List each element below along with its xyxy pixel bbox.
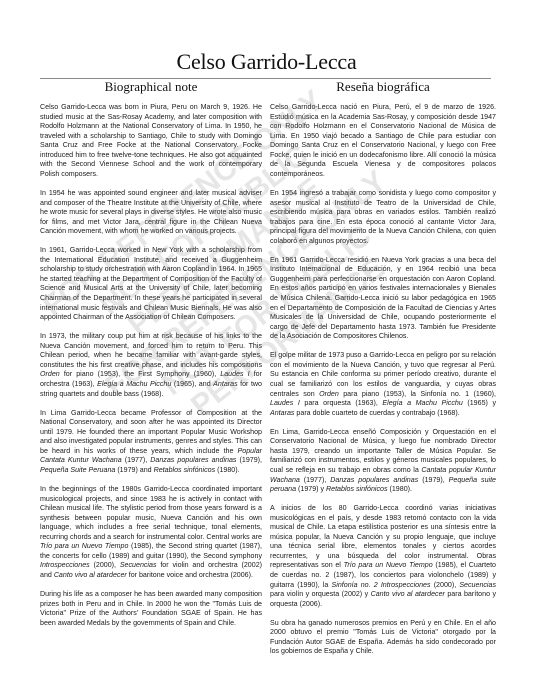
text-run: (2000), [431, 581, 460, 589]
work-title: Danzas populares andinas [150, 456, 236, 464]
paragraph: In 1954 he was appointed sound engineer … [40, 189, 262, 237]
text-run: In 1954 he was appointed sound engineer … [40, 189, 262, 235]
work-title: Antaras [270, 409, 294, 417]
paragraph: Celso Garrido-Lecca was born in Piura, P… [40, 103, 262, 179]
work-title: Secuencias [120, 561, 157, 569]
work-title: Retablos sinfónicos [326, 485, 388, 493]
text-run: Celso Garrido-Lecca nació en Piura, Perú… [270, 103, 496, 178]
text-run: (1980). [215, 466, 239, 474]
text-run: In 1961, Garrido-Lecca worked in New Yor… [40, 246, 262, 321]
paragraph: En 1961 Garrido-Lecca residió en Nueva Y… [270, 256, 496, 342]
text-run: In 1973, the military coup put him at ri… [40, 332, 262, 369]
text-run: Su obra ha ganado numerosos premios en P… [270, 619, 496, 656]
paragraph: A inicios de los 80 Garrido-Lecca coordi… [270, 504, 496, 609]
text-run: (2000), [90, 561, 120, 569]
work-title: Elegía a Machu Picchu [97, 380, 171, 388]
work-title: Trío para un Nuevo Tiempo [40, 542, 128, 550]
work-title: Orden [319, 390, 339, 398]
work-title: Laudes I [270, 399, 300, 407]
text-run: para piano (1953), la Sinfonía no. 1 (19… [339, 390, 496, 398]
work-title: Trío para un Nuevo Tiempo [344, 561, 433, 569]
text-run: (1979) y [296, 485, 326, 493]
paragraph: El golpe militar de 1973 puso a Garrido-… [270, 351, 496, 418]
paragraph: En 1954 ingresó a trabajar como sonidist… [270, 189, 496, 246]
paragraph: En Lima, Garrido-Lecca enseñó Composició… [270, 428, 496, 495]
text-run: (1980). [388, 485, 412, 493]
work-title: Canto vivo al atardecer [371, 590, 445, 598]
paragraph: In Lima Garrido-Lecca became Professor o… [40, 409, 262, 476]
document-page: Celso Garrido-Lecca Biographical note Re… [0, 0, 533, 693]
work-title: Orden [40, 370, 60, 378]
work-title: Sinfonía no. 2 Introspecciones [332, 581, 431, 589]
text-run: En 1954 ingresó a trabajar como sonidist… [270, 189, 496, 245]
text-run: para doble cuarteto de cuerdas y contrab… [294, 409, 459, 417]
page-title: Celso Garrido-Lecca [0, 49, 533, 75]
paragraph: Celso Garrido-Lecca nació en Piura, Perú… [270, 103, 496, 179]
work-title: Retablos sinfónicos [154, 466, 216, 474]
work-title: Laudes I [220, 370, 249, 378]
text-run: Celso Garrido-Lecca was born in Piura, P… [40, 103, 262, 178]
text-run: (1965) y [463, 399, 496, 407]
text-run: (1965), and [171, 380, 213, 388]
work-title: Canto vivo al atardecer [54, 571, 127, 579]
text-run: (1979) and [115, 466, 153, 474]
text-run: In the beginnings of the 1980s Garrido-L… [40, 485, 262, 541]
paragraph: In the beginnings of the 1980s Garrido-L… [40, 485, 262, 580]
text-run: During his life as a composer he has bee… [40, 590, 262, 627]
paragraph: Su obra ha ganado numerosos premios en P… [270, 619, 496, 657]
paragraph: In 1973, the military coup put him at ri… [40, 332, 262, 399]
text-run: (1977), [122, 456, 151, 464]
text-run: A inicios de los 80 Garrido-Lecca coordi… [270, 504, 496, 569]
work-title: Danzas populares andinas [330, 476, 418, 484]
text-run: (1977), [300, 476, 330, 484]
work-title: Elegía a Machu Picchu [382, 399, 462, 407]
text-run: In Lima Garrido-Lecca became Professor o… [40, 409, 262, 455]
paragraph: In 1961, Garrido-Lecca worked in New Yor… [40, 246, 262, 322]
text-run: para violín y orquesta (2002) y [270, 590, 371, 598]
text-run: for baritone voice and orchestra (2006). [127, 571, 253, 579]
work-title: Introspecciones [40, 561, 90, 569]
english-column: Celso Garrido-Lecca was born in Piura, P… [40, 103, 262, 638]
english-heading: Biographical note [40, 79, 262, 95]
paragraph: During his life as a composer he has bee… [40, 590, 262, 628]
spanish-column: Celso Garrido-Lecca nació en Piura, Perú… [270, 103, 496, 667]
text-run: para orquesta (1963), [300, 399, 383, 407]
text-run: En 1961 Garrido-Lecca residió en Nueva Y… [270, 256, 496, 340]
text-run: (1979), [236, 456, 262, 464]
work-title: Secuencias [459, 581, 496, 589]
text-run: for piano (1953), the First Symphony (19… [60, 370, 221, 378]
spanish-heading: Reseña biográfica [270, 79, 496, 95]
text-run: (1979), [418, 476, 448, 484]
work-title: Antaras [213, 380, 237, 388]
work-title: Pequeña Suite Peruana [40, 466, 115, 474]
